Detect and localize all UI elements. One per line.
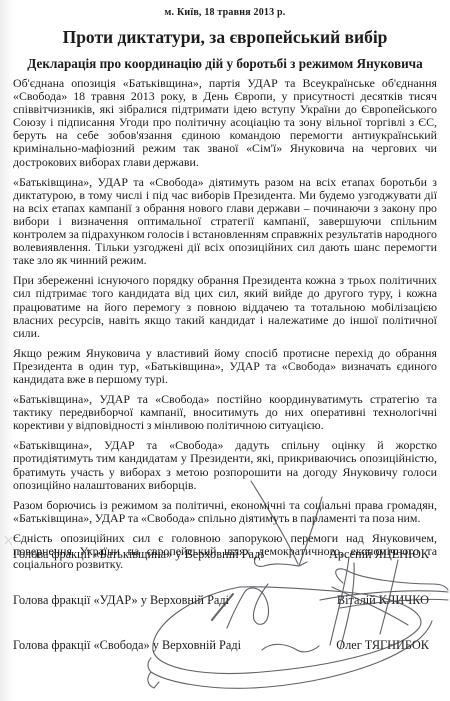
paragraph-single-round-candidate: Якщо режим Януковича у властивий йому сп… (13, 347, 437, 386)
paragraph-joint-action: «Батьківщина», УДАР та «Свобода» діятиму… (13, 176, 437, 268)
signatory-name: Віталій КЛИЧКО (337, 593, 429, 608)
paragraph-united-opposition: Об'єднана опозиція «Батьківщина», партія… (13, 77, 437, 169)
document-body: Об'єднана опозиція «Батьківщина», партія… (13, 77, 437, 571)
place-date: м. Київ, 18 травня 2013 р. (0, 0, 450, 18)
ink-yatsenyuk-flourish (336, 569, 448, 590)
ink-tail-sweep (148, 621, 432, 688)
signature-role: Голова фракції «Свобода» у Верховній Рад… (13, 638, 241, 653)
paragraph-parliament-cooperation: Разом борючись із режимом за політичні, … (13, 499, 437, 525)
signature-role: Голова фракції «Батьківщина» у Верховній… (13, 547, 264, 562)
paragraph-fake-opposition-warning: «Батьківщина», УДАР та «Свобода» дадуть … (13, 439, 437, 491)
pencil-mark (5, 536, 12, 545)
signature-row-batkivshchyna: Голова фракції «Батьківщина» у Верховній… (13, 547, 429, 562)
document-title: Проти диктатури, за європейський вибір (0, 27, 450, 48)
signatory-name: Арсеній ЯЦЕНЮК (329, 547, 429, 562)
paragraph-campaign-coordination: «Батьківщина», УДАР та «Свобода» постійн… (13, 393, 437, 432)
signature-role: Голова фракції «УДАР» у Верховній Раді (13, 593, 229, 608)
signatory-name: Олег ТЯГНИБОК (336, 638, 429, 653)
scanned-declaration-page: м. Київ, 18 травня 2013 р. Проти диктату… (0, 0, 450, 701)
signature-row-svoboda: Голова фракції «Свобода» у Верховній Рад… (13, 638, 429, 653)
document-subtitle: Декларація про координацію дій у боротьб… (0, 56, 450, 72)
paragraph-second-round-support: При збереженні існуючого порядку обрання… (13, 274, 437, 339)
signature-row-udar: Голова фракції «УДАР» у Верховній Раді В… (13, 593, 429, 608)
